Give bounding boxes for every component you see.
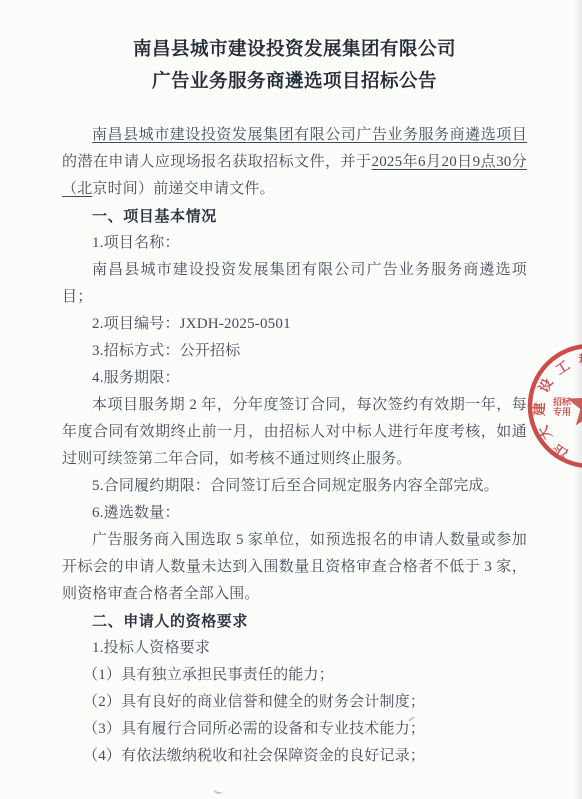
seal-ring-character: 程 [578, 351, 582, 368]
document-content: 南昌县城市建设投资发展集团有限公司 广告业务服务商遴选项目招标公告 南昌县城市建… [62, 33, 527, 770]
seal-ring-text: 江大建设工程咨询 [531, 351, 582, 462]
scanned-document-page: 南昌县城市建设投资发展集团有限公司 广告业务服务商遴选项目招标公告 南昌县城市建… [0, 0, 582, 799]
seal-center-text-bottom: 专用 [553, 406, 571, 417]
scan-artifact [213, 785, 224, 795]
seal-star-icon [567, 382, 582, 425]
item-contract-term: 5.合同履约期限：合同签订后至合同规定服务内容全部完成。 [62, 473, 527, 500]
item-qualification-3: （3）具有履行合同所必需的设备和专业技术能力； [62, 716, 527, 743]
seal-ring-character: 工 [553, 357, 573, 377]
document-body: 南昌县城市建设投资发展集团有限公司广告业务服务商遴选项目的潜在申请人应现场报名获… [62, 122, 527, 770]
item-qualification-4: （4）有依法缴纳税收和社会保障资金的良好记录； [62, 743, 527, 770]
item-selection-count-detail: 广告服务商入围选取 5 家单位，如预选报名的申请人数量或参加开标会的申请人数量未… [62, 527, 527, 608]
item-qualification-2: （2）具有良好的商业信誉和健全的财务会计制度； [62, 689, 527, 716]
section-heading-1: 一、项目基本情况 [62, 203, 527, 230]
seal-ring-character: 大 [534, 423, 555, 443]
seal-ring-character: 设 [535, 375, 556, 395]
section-heading-2: 二、申请人的资格要求 [62, 608, 527, 635]
plain-text: 的潜在申请人应现场报名获取招标文件，并于 [62, 154, 372, 170]
seal-ring [530, 346, 582, 466]
document-title-line1: 南昌县城市建设投资发展集团有限公司 [62, 33, 527, 65]
scan-edge-shadow [573, 0, 582, 799]
item-project-number: 2.项目编号：JXDH-2025-0501 [62, 311, 527, 338]
item-service-term-detail: 本项目服务期 2 年，分年度签订合同，每次签约有效期一年，每年度合同有效期终止前… [62, 392, 527, 473]
item-tender-method: 3.招标方式：公开招标 [62, 338, 527, 365]
intro-paragraph: 南昌县城市建设投资发展集团有限公司广告业务服务商遴选项目的潜在申请人应现场报名获… [62, 122, 527, 203]
document-title-line2: 广告业务服务商遴选项目招标公告 [62, 65, 527, 97]
seal-ring-character: 江 [551, 441, 572, 462]
underlined-text: 南昌县城市建设投资发展集团有限公司广告业务服务商遴选项目 [92, 127, 527, 143]
seal-ring-character: 建 [531, 402, 547, 416]
item-qualification-1: （1）具有独立承担民事责任的能力； [62, 662, 527, 689]
plain-text: 京时间）前递交申请文件。 [92, 181, 274, 197]
seal-center-text-top: 招标 [552, 396, 572, 407]
item-selection-count-label: 6.遴选数量： [62, 500, 527, 527]
item-project-name-label: 1.项目名称： [62, 230, 527, 257]
item-project-name-value: 南昌县城市建设投资发展集团有限公司广告业务服务商遴选项目； [62, 257, 527, 311]
item-bidder-qualification-label: 1.投标人资格要求 [62, 635, 527, 662]
item-service-term-label: 4.服务期限： [62, 365, 527, 392]
seal-footer-text: 3C [551, 442, 564, 454]
